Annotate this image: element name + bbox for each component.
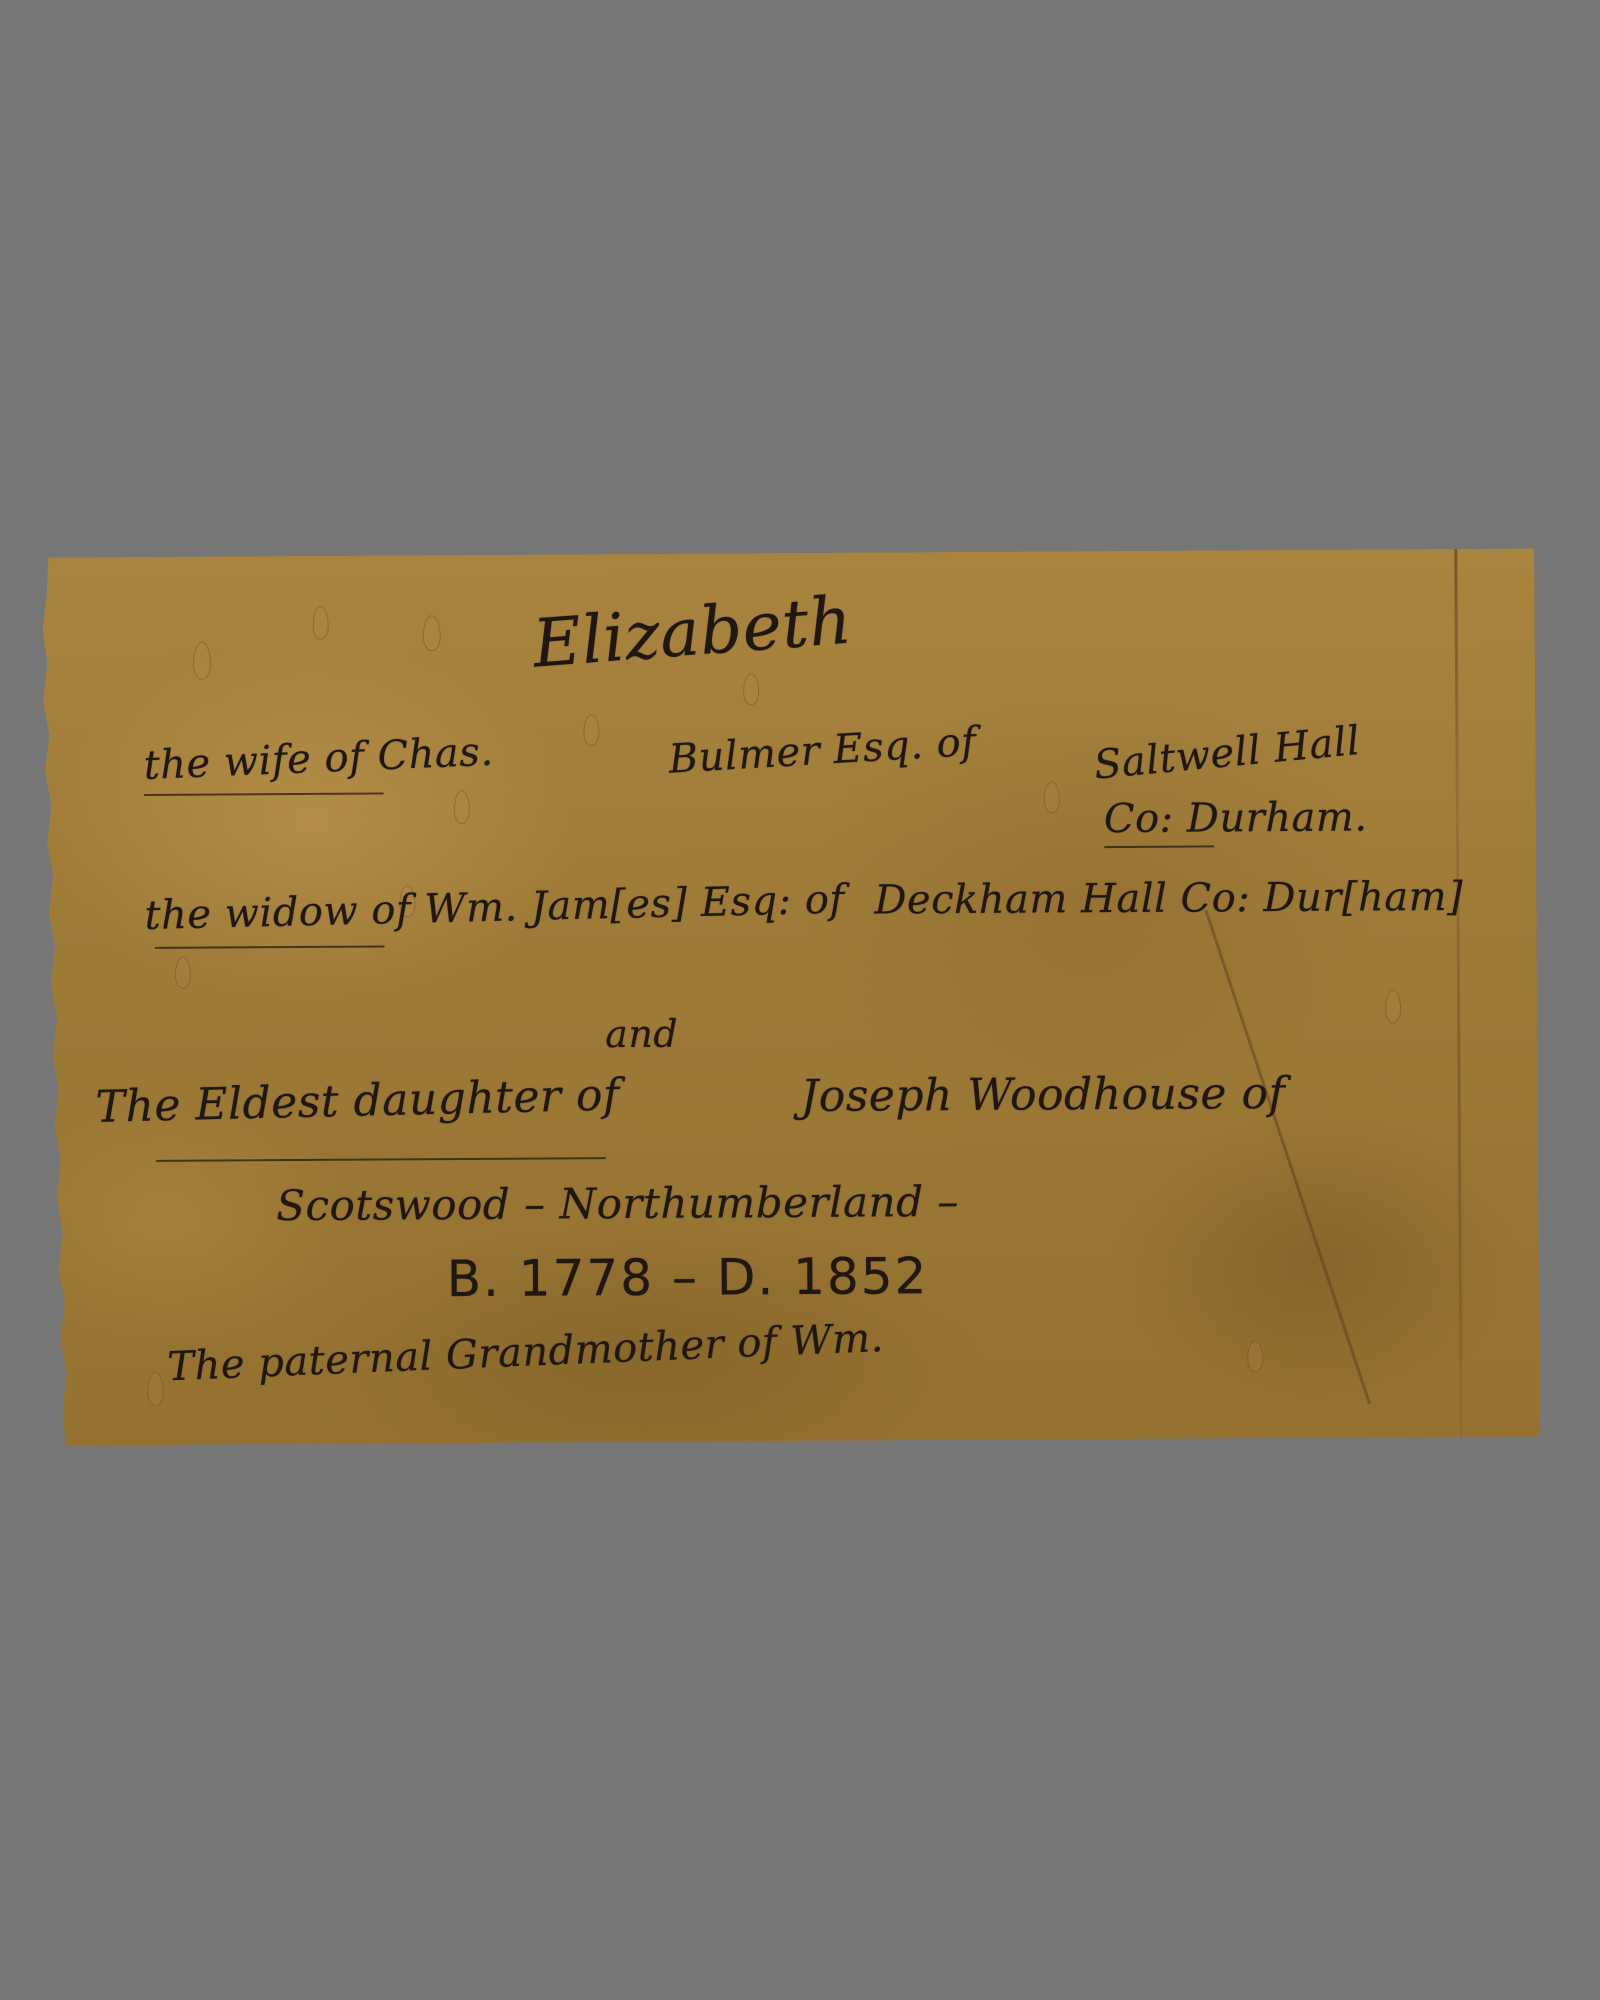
text-husband-county: Co: Durham. <box>1104 794 1368 842</box>
water-stain <box>454 790 470 824</box>
text-widow-of: the widow of Wm. Jam[es] Esq: of <box>144 877 845 939</box>
text-conjunction: and <box>605 1012 678 1056</box>
water-stain <box>193 642 211 680</box>
heading-name: Elizabeth <box>530 582 854 683</box>
aged-paper-note: Elizabeth the wife of Chas. Bulmer Esq. … <box>42 548 1539 1445</box>
page-canvas: Elizabeth the wife of Chas. Bulmer Esq. … <box>0 0 1600 2000</box>
text-wife-of: the wife of Chas. <box>143 729 495 789</box>
water-stain <box>1044 781 1060 813</box>
text-husband-name: Bulmer Esq. of <box>667 719 977 783</box>
paper-crease <box>1205 910 1372 1405</box>
underline <box>1104 845 1214 848</box>
water-stain <box>147 1372 163 1406</box>
underline <box>156 1157 606 1162</box>
text-daughter-of: The Eldest daughter of <box>95 1069 620 1132</box>
water-stain <box>313 606 329 640</box>
fold-line <box>1454 549 1462 1437</box>
water-stain <box>743 673 759 705</box>
water-stain <box>1385 989 1401 1023</box>
text-father: Joseph Woodhouse of <box>800 1068 1285 1122</box>
underline <box>155 945 385 948</box>
text-father-seat: Scotswood – Northumberland – <box>276 1177 959 1230</box>
underline <box>144 792 384 795</box>
water-stain <box>583 714 599 746</box>
text-husband-seat: Saltwell Hall <box>1092 718 1362 789</box>
water-stain <box>175 957 191 989</box>
text-life-dates: B. 1778 – D. 1852 <box>447 1247 929 1308</box>
water-stain <box>423 615 441 651</box>
text-first-husband-seat: Deckham Hall Co: Dur[ham] <box>874 874 1463 924</box>
text-relation: The paternal Grandmother of Wm. <box>167 1315 885 1390</box>
water-stain <box>1247 1340 1263 1372</box>
